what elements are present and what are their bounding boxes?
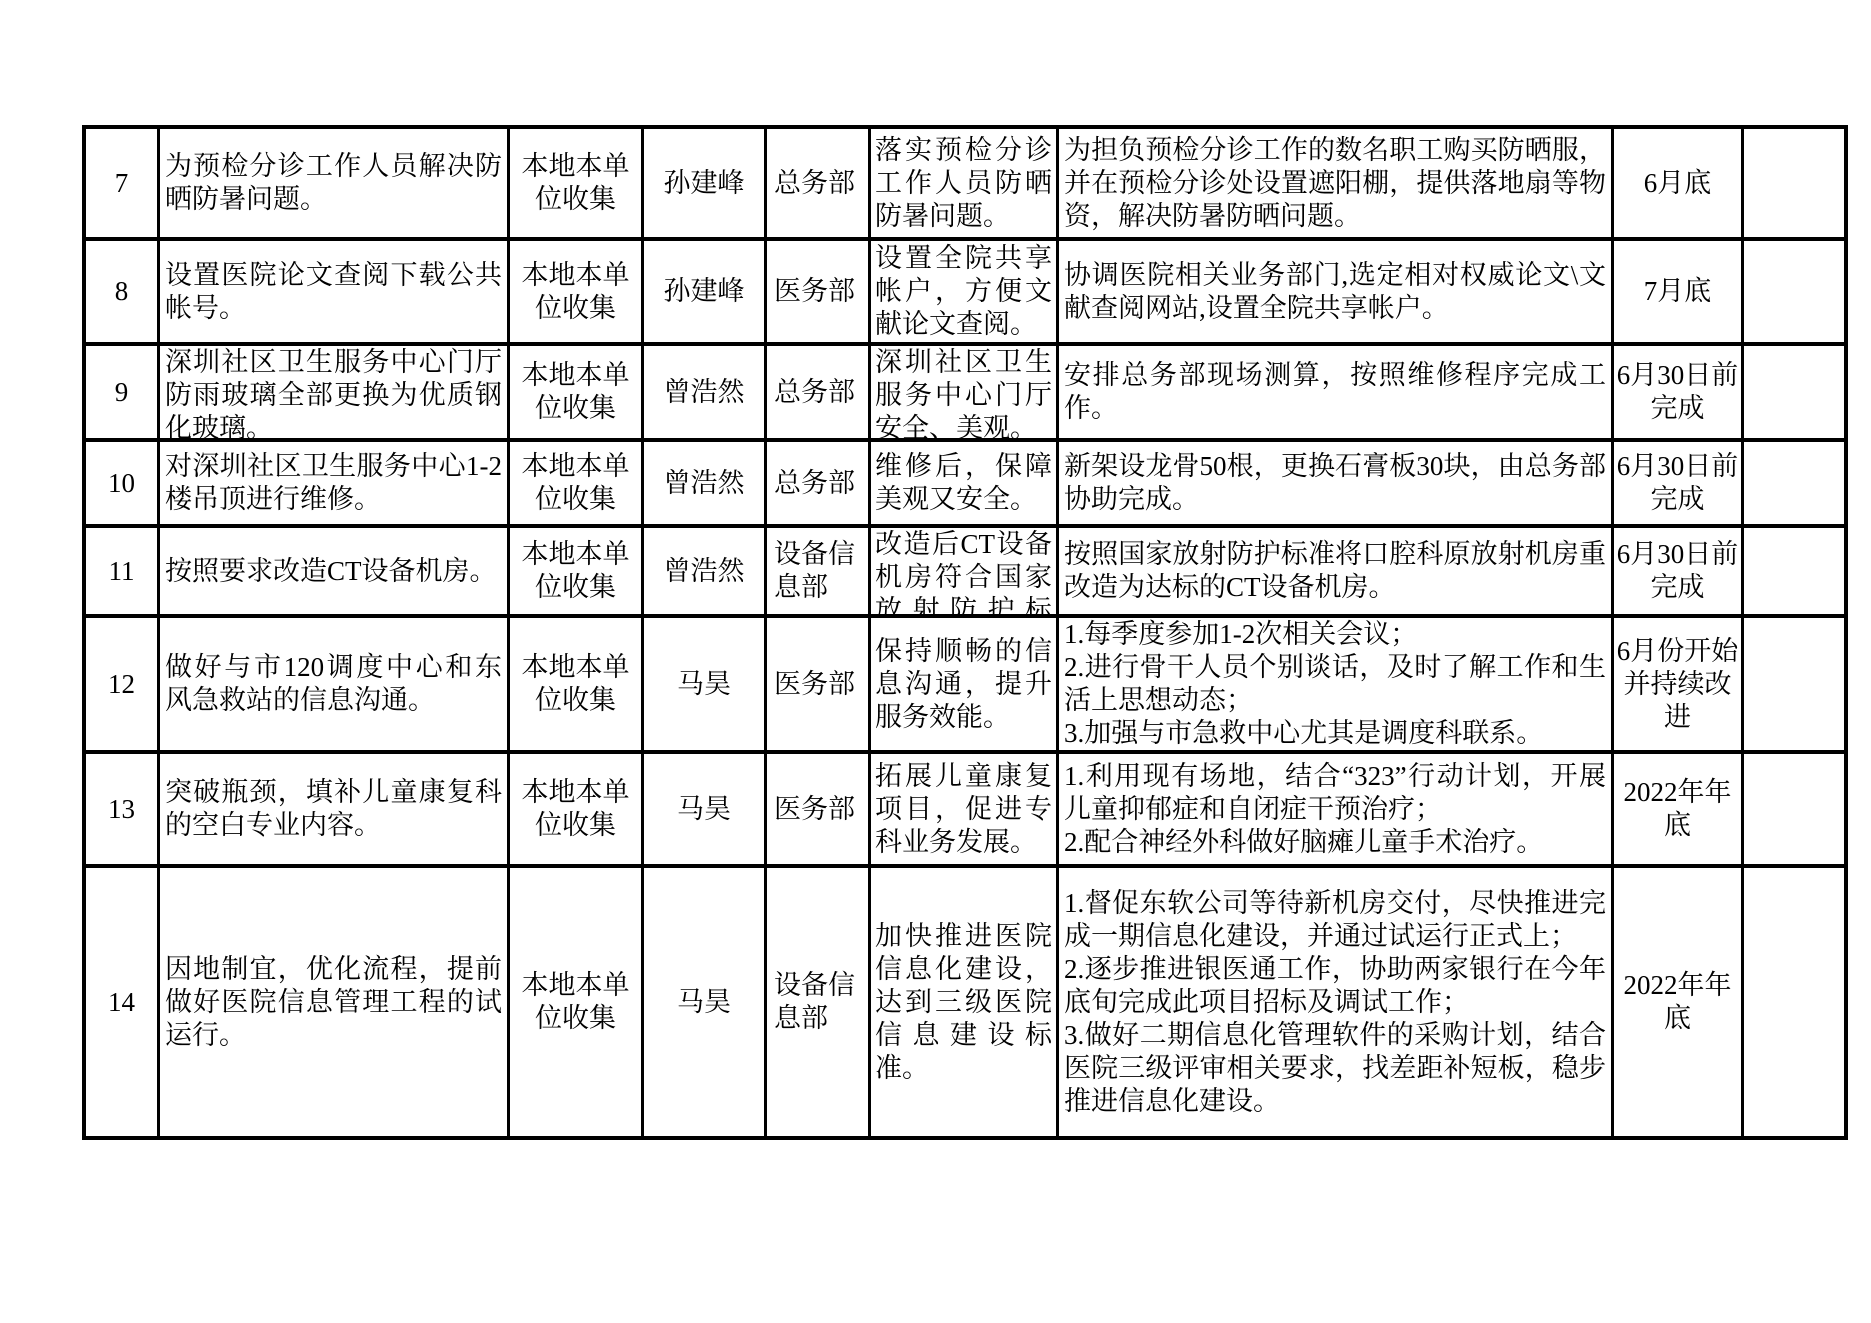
department-text: 医务部 [767, 793, 868, 826]
task-table: 7 为预检分诊工作人员解决防晒防暑问题。 本地本单位收集 孙建峰 总务部 落实预… [82, 125, 1848, 1140]
cell-department: 医务部 [767, 241, 871, 346]
owner-name-text: 马昊 [644, 986, 764, 1019]
cell-row-number: 12 [86, 618, 160, 754]
department-text: 医务部 [767, 275, 868, 308]
owner-name-text: 曾浩然 [644, 376, 764, 409]
cell-task-description: 突破瓶颈，填补儿童康复科的空白专业内容。 [160, 754, 510, 868]
cell-deadline: 2022年年底 [1614, 868, 1744, 1136]
cell-note [1744, 129, 1844, 241]
cell-goal: 拓展儿童康复项目，促进专科业务发展。 [871, 754, 1059, 868]
cell-measures: 1.利用现有场地，结合“323”行动计划，开展儿童抑郁症和自闭症干预治疗； 2.… [1059, 754, 1614, 868]
department-text: 设备信息部 [767, 538, 868, 604]
measures-text: 1.督促东软公司等待新机房交付，尽快推进完成一期信息化建设，并通过试运行正式上；… [1059, 887, 1611, 1118]
deadline-text: 6月30日前完成 [1614, 450, 1741, 516]
department-text: 总务部 [767, 467, 868, 500]
row-number-text: 13 [86, 793, 157, 826]
deadline-text: 6月30日前完成 [1614, 359, 1741, 425]
task-description-text: 深圳社区卫生服务中心门厅防雨玻璃全部更换为优质钢化玻璃。 [160, 346, 507, 442]
cell-note [1744, 442, 1844, 528]
cell-task-description: 深圳社区卫生服务中心门厅防雨玻璃全部更换为优质钢化玻璃。 [160, 346, 510, 442]
deadline-text: 2022年年底 [1614, 969, 1741, 1035]
measures-text: 为担负预检分诊工作的数名职工购买防晒服，并在预检分诊处设置遮阳棚，提供落地扇等物… [1059, 134, 1611, 233]
cell-source: 本地本单位收集 [510, 241, 644, 346]
cell-source: 本地本单位收集 [510, 129, 644, 241]
cell-row-number: 7 [86, 129, 160, 241]
row-number-text: 12 [86, 668, 157, 701]
owner-name-text: 曾浩然 [644, 467, 764, 500]
row-number-text: 8 [86, 275, 157, 308]
cell-source: 本地本单位收集 [510, 528, 644, 618]
cell-measures: 1.每季度参加1-2次相关会议； 2.进行骨干人员个别谈话，及时了解工作和生活上… [1059, 618, 1614, 754]
cell-deadline: 6月底 [1614, 129, 1744, 241]
source-text: 本地本单位收集 [510, 259, 641, 325]
cell-department: 医务部 [767, 618, 871, 754]
cell-owner: 曾浩然 [644, 528, 767, 618]
cell-owner: 马昊 [644, 868, 767, 1136]
cell-goal: 维修后，保障美观又安全。 [871, 442, 1059, 528]
task-description-text: 为预检分诊工作人员解决防晒防暑问题。 [160, 150, 507, 216]
cell-note [1744, 241, 1844, 346]
document-page: 7 为预检分诊工作人员解决防晒防暑问题。 本地本单位收集 孙建峰 总务部 落实预… [0, 0, 1871, 1323]
cell-note [1744, 618, 1844, 754]
cell-measures: 新架设龙骨50根，更换石膏板30块，由总务部协助完成。 [1059, 442, 1614, 528]
cell-deadline: 6月30日前完成 [1614, 442, 1744, 528]
cell-source: 本地本单位收集 [510, 754, 644, 868]
cell-source: 本地本单位收集 [510, 346, 644, 442]
cell-owner: 孙建峰 [644, 241, 767, 346]
cell-deadline: 6月30日前完成 [1614, 346, 1744, 442]
cell-goal: 落实预检分诊工作人员防晒防暑问题。 [871, 129, 1059, 241]
cell-task-description: 按照要求改造CT设备机房。 [160, 528, 510, 618]
measures-text: 安排总务部现场测算，按照维修程序完成工作。 [1059, 359, 1611, 425]
cell-owner: 马昊 [644, 754, 767, 868]
cell-row-number: 10 [86, 442, 160, 528]
task-description-text: 做好与市120调度中心和东风急救站的信息沟通。 [160, 651, 507, 717]
cell-row-number: 13 [86, 754, 160, 868]
cell-owner: 曾浩然 [644, 442, 767, 528]
cell-deadline: 2022年年底 [1614, 754, 1744, 868]
cell-note [1744, 754, 1844, 868]
cell-note [1744, 868, 1844, 1136]
task-description-text: 突破瓶颈，填补儿童康复科的空白专业内容。 [160, 776, 507, 842]
cell-department: 总务部 [767, 129, 871, 241]
cell-department: 设备信息部 [767, 528, 871, 618]
task-description-text: 对深圳社区卫生服务中心1-2楼吊顶进行维修。 [160, 450, 507, 516]
cell-measures: 安排总务部现场测算，按照维修程序完成工作。 [1059, 346, 1614, 442]
cell-row-number: 11 [86, 528, 160, 618]
measures-text: 1.每季度参加1-2次相关会议； 2.进行骨干人员个别谈话，及时了解工作和生活上… [1059, 618, 1611, 750]
task-description-text: 设置医院论文查阅下载公共帐号。 [160, 259, 507, 325]
goal-text: 保持顺畅的信息沟通，提升服务效能。 [871, 635, 1056, 734]
goal-text: 维修后，保障美观又安全。 [871, 450, 1056, 516]
measures-text: 新架设龙骨50根，更换石膏板30块，由总务部协助完成。 [1059, 450, 1611, 516]
department-text: 总务部 [767, 376, 868, 409]
row-number-text: 11 [86, 555, 157, 588]
cell-task-description: 设置医院论文查阅下载公共帐号。 [160, 241, 510, 346]
goal-text: 加快推进医院信息化建设，达到三级医院信息建设标准。 [871, 920, 1056, 1085]
cell-task-description: 因地制宜，优化流程，提前做好医院信息管理工程的试运行。 [160, 868, 510, 1136]
cell-owner: 马昊 [644, 618, 767, 754]
cell-measures: 按照国家放射防护标准将口腔科原放射机房重改造为达标的CT设备机房。 [1059, 528, 1614, 618]
source-text: 本地本单位收集 [510, 359, 641, 425]
owner-name-text: 孙建峰 [644, 275, 764, 308]
measures-text: 1.利用现有场地，结合“323”行动计划，开展儿童抑郁症和自闭症干预治疗； 2.… [1059, 760, 1611, 859]
owner-name-text: 马昊 [644, 793, 764, 826]
row-number-text: 9 [86, 376, 157, 409]
department-text: 设备信息部 [767, 969, 868, 1035]
cell-source: 本地本单位收集 [510, 618, 644, 754]
department-text: 医务部 [767, 668, 868, 701]
cell-measures: 为担负预检分诊工作的数名职工购买防晒服，并在预检分诊处设置遮阳棚，提供落地扇等物… [1059, 129, 1614, 241]
source-text: 本地本单位收集 [510, 776, 641, 842]
cell-deadline: 6月份开始并持续改进 [1614, 618, 1744, 754]
goal-text: 落实预检分诊工作人员防晒防暑问题。 [871, 134, 1056, 233]
table-row: 11 按照要求改造CT设备机房。 本地本单位收集 曾浩然 设备信息部 改造后CT… [86, 528, 1844, 618]
measures-text: 协调医院相关业务部门,选定相对权威论文\文献查阅网站,设置全院共享帐户。 [1059, 259, 1611, 325]
measures-text: 按照国家放射防护标准将口腔科原放射机房重改造为达标的CT设备机房。 [1059, 538, 1611, 604]
cell-goal: 设置全院共享帐户，方便文献论文查阅。 [871, 241, 1059, 346]
cell-measures: 1.督促东软公司等待新机房交付，尽快推进完成一期信息化建设，并通过试运行正式上；… [1059, 868, 1614, 1136]
source-text: 本地本单位收集 [510, 651, 641, 717]
source-text: 本地本单位收集 [510, 450, 641, 516]
cell-source: 本地本单位收集 [510, 868, 644, 1136]
cell-owner: 曾浩然 [644, 346, 767, 442]
deadline-text: 7月底 [1614, 275, 1741, 308]
owner-name-text: 马昊 [644, 668, 764, 701]
goal-text: 改造后CT设备机房符合国家放射防护标准。 [871, 528, 1056, 618]
cell-measures: 协调医院相关业务部门,选定相对权威论文\文献查阅网站,设置全院共享帐户。 [1059, 241, 1614, 346]
cell-note [1744, 528, 1844, 618]
owner-name-text: 孙建峰 [644, 167, 764, 200]
table-row: 12 做好与市120调度中心和东风急救站的信息沟通。 本地本单位收集 马昊 医务… [86, 618, 1844, 754]
cell-deadline: 6月30日前完成 [1614, 528, 1744, 618]
cell-department: 总务部 [767, 346, 871, 442]
cell-department: 设备信息部 [767, 868, 871, 1136]
owner-name-text: 曾浩然 [644, 555, 764, 588]
cell-goal: 改造后CT设备机房符合国家放射防护标准。 [871, 528, 1059, 618]
table-row: 14 因地制宜，优化流程，提前做好医院信息管理工程的试运行。 本地本单位收集 马… [86, 868, 1844, 1136]
source-text: 本地本单位收集 [510, 150, 641, 216]
cell-goal: 保持顺畅的信息沟通，提升服务效能。 [871, 618, 1059, 754]
source-text: 本地本单位收集 [510, 538, 641, 604]
cell-row-number: 14 [86, 868, 160, 1136]
table-row: 9 深圳社区卫生服务中心门厅防雨玻璃全部更换为优质钢化玻璃。 本地本单位收集 曾… [86, 346, 1844, 442]
cell-note [1744, 346, 1844, 442]
cell-task-description: 做好与市120调度中心和东风急救站的信息沟通。 [160, 618, 510, 754]
table-row: 8 设置医院论文查阅下载公共帐号。 本地本单位收集 孙建峰 医务部 设置全院共享… [86, 241, 1844, 346]
row-number-text: 10 [86, 467, 157, 500]
task-description-text: 按照要求改造CT设备机房。 [160, 555, 507, 588]
cell-department: 总务部 [767, 442, 871, 528]
cell-task-description: 为预检分诊工作人员解决防晒防暑问题。 [160, 129, 510, 241]
cell-task-description: 对深圳社区卫生服务中心1-2楼吊顶进行维修。 [160, 442, 510, 528]
source-text: 本地本单位收集 [510, 969, 641, 1035]
deadline-text: 2022年年底 [1614, 776, 1741, 842]
deadline-text: 6月30日前完成 [1614, 538, 1741, 604]
cell-owner: 孙建峰 [644, 129, 767, 241]
cell-department: 医务部 [767, 754, 871, 868]
department-text: 总务部 [767, 167, 868, 200]
table-row: 10 对深圳社区卫生服务中心1-2楼吊顶进行维修。 本地本单位收集 曾浩然 总务… [86, 442, 1844, 528]
deadline-text: 6月底 [1614, 167, 1741, 200]
cell-row-number: 9 [86, 346, 160, 442]
row-number-text: 7 [86, 167, 157, 200]
cell-deadline: 7月底 [1614, 241, 1744, 346]
deadline-text: 6月份开始并持续改进 [1614, 635, 1741, 734]
goal-text: 设置全院共享帐户，方便文献论文查阅。 [871, 242, 1056, 341]
cell-source: 本地本单位收集 [510, 442, 644, 528]
cell-goal: 深圳社区卫生服务中心门厅安全、美观。 [871, 346, 1059, 442]
row-number-text: 14 [86, 986, 157, 1019]
table-row: 7 为预检分诊工作人员解决防晒防暑问题。 本地本单位收集 孙建峰 总务部 落实预… [86, 129, 1844, 241]
table-row: 13 突破瓶颈，填补儿童康复科的空白专业内容。 本地本单位收集 马昊 医务部 拓… [86, 754, 1844, 868]
cell-goal: 加快推进医院信息化建设，达到三级医院信息建设标准。 [871, 868, 1059, 1136]
cell-row-number: 8 [86, 241, 160, 346]
goal-text: 深圳社区卫生服务中心门厅安全、美观。 [871, 346, 1056, 442]
task-description-text: 因地制宜，优化流程，提前做好医院信息管理工程的试运行。 [160, 953, 507, 1052]
goal-text: 拓展儿童康复项目，促进专科业务发展。 [871, 760, 1056, 859]
